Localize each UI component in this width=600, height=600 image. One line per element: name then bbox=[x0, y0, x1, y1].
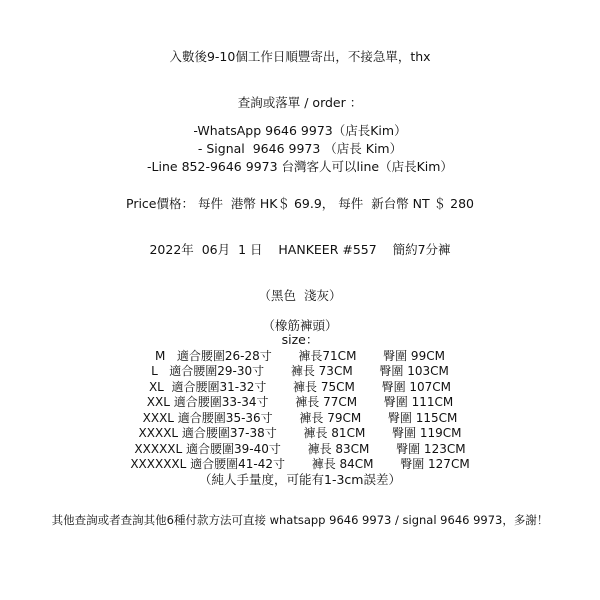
product-line: 2022年 06月 1 日 HANKEER #557 簡約7分褲 bbox=[0, 242, 600, 258]
size-heading: size： bbox=[0, 332, 600, 348]
color-options: （黑色 淺灰） bbox=[0, 288, 600, 304]
contact-whatsapp: -WhatsApp 9646 9973（店長Kim） bbox=[0, 123, 600, 139]
shipping-notice: 入數後9-10個工作日順豐寄出，不接急單，thx bbox=[0, 49, 600, 65]
price-line: Price價格： 每件 港幣 HK＄ 69.9， 每件 新台幣 NT ＄ 280 bbox=[0, 196, 600, 212]
size-row-xxxxl: XXXXL 適合腰圍37-38寸 褲長 81CM 臀圍 119CM bbox=[0, 425, 600, 441]
size-row-xxxl: XXXL 適合腰圍35-36寸 褲長 79CM 臀圍 115CM bbox=[0, 410, 600, 426]
size-row-xl: XL 適合腰圍31-32寸 褲長 75CM 臀圍 107CM bbox=[0, 379, 600, 395]
size-row-xxxxxxl: XXXXXXL 適合腰圍41-42寸 褲長 84CM 臀圍 127CM bbox=[0, 456, 600, 472]
contact-line: -Line 852-9646 9973 台灣客人可以line（店長Kim） bbox=[0, 159, 600, 175]
footer-contact: 其他查詢或者查詢其他6種付款方法可直接 whatsapp 9646 9973 /… bbox=[0, 512, 600, 528]
size-row-l: L 適合腰圍29-30寸 褲長 73CM 臀圍 103CM bbox=[0, 363, 600, 379]
measurement-note: （純人手量度，可能有1-3cm誤差） bbox=[0, 472, 600, 488]
size-row-xxl: XXL 適合腰圍33-34寸 褲長 77CM 臀圍 111CM bbox=[0, 394, 600, 410]
size-row-m: M 適合腰圍26-28寸 褲長71CM 臀圍 99CM bbox=[0, 348, 600, 364]
size-row-xxxxxl: XXXXXL 適合腰圍39-40寸 褲長 83CM 臀圍 123CM bbox=[0, 441, 600, 457]
contact-signal: - Signal 9646 9973 （店長 Kim） bbox=[0, 141, 600, 157]
order-heading: 查詢或落單 / order ： bbox=[0, 95, 600, 111]
